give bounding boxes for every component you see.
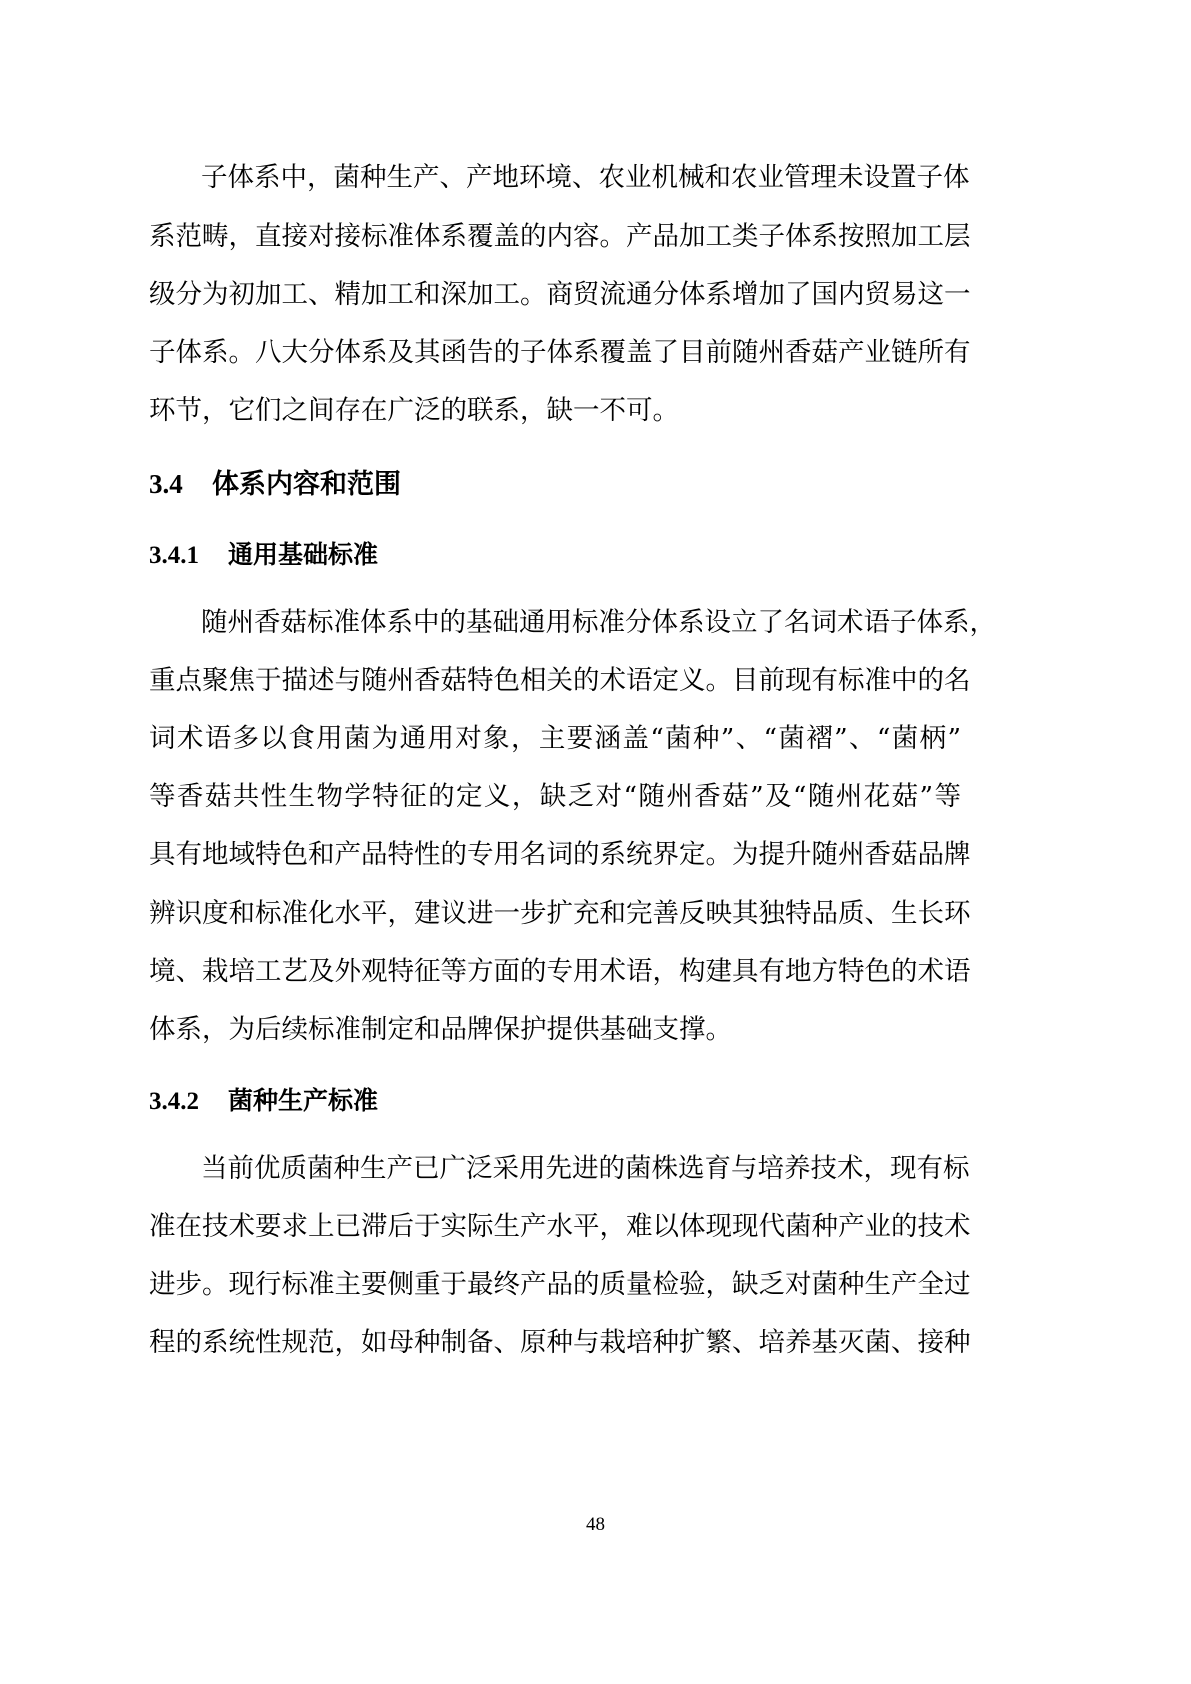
section-number: 3.4: [149, 467, 212, 501]
paragraph-2-line-2: 重点聚焦于描述与随州香菇特色相关的术语定义。目前现有标准中的名: [149, 664, 961, 698]
subsection-title: 菌种生产标准: [228, 1086, 378, 1115]
paragraph-2-line-6: 辨识度和标准化水平，建议进一步扩充和完善反映其独特品质、生长环: [149, 897, 961, 931]
paragraph-3-line-4: 程的系统性规范，如母种制备、原种与栽培种扩繁、培养基灭菌、接种: [149, 1326, 961, 1360]
paragraph-2-line-7: 境、栽培工艺及外观特征等方面的专用术语，构建具有地方特色的术语: [149, 955, 961, 989]
paragraph-1-line-4: 子体系。八大分体系及其函告的子体系覆盖了目前随州香菇产业链所有: [149, 336, 961, 370]
paragraph-1-line-2: 系范畴，直接对接标准体系覆盖的内容。产品加工类子体系按照加工层: [149, 220, 961, 254]
paragraph-2-line-5: 具有地域特色和产品特性的专用名词的系统界定。为提升随州香菇品牌: [149, 838, 961, 872]
paragraph-1-line-1: 子体系中，菌种生产、产地环境、农业机械和农业管理未设置子体: [201, 161, 961, 195]
paragraph-2-line-4: 等香菇共性生物学特征的定义，缺乏对“随州香菇”及“随州花菇”等: [149, 780, 961, 814]
section-heading-3-4: 3.4体系内容和范围: [149, 467, 401, 502]
document-page: 子体系中，菌种生产、产地环境、农业机械和农业管理未设置子体 系范畴，直接对接标准…: [0, 0, 1191, 1684]
subsection-heading-3-4-2: 3.4.2菌种生产标准: [149, 1085, 378, 1118]
paragraph-1-line-3: 级分为初加工、精加工和深加工。商贸流通分体系增加了国内贸易这一: [149, 278, 961, 312]
paragraph-3-line-2: 准在技术要求上已滞后于实际生产水平，难以体现现代菌种产业的技术: [149, 1210, 961, 1244]
subsection-title: 通用基础标准: [228, 540, 378, 569]
subsection-heading-3-4-1: 3.4.1通用基础标准: [149, 539, 378, 572]
paragraph-1-line-5: 环节，它们之间存在广泛的联系，缺一不可。: [149, 394, 961, 428]
section-title: 体系内容和范围: [212, 469, 401, 500]
paragraph-2-line-1: 随州香菇标准体系中的基础通用标准分体系设立了名词术语子体系，: [201, 606, 961, 640]
page-number: 48: [0, 1514, 1191, 1536]
subsection-number: 3.4.1: [149, 540, 228, 572]
paragraph-3-line-1: 当前优质菌种生产已广泛采用先进的菌株选育与培养技术，现有标: [201, 1152, 961, 1186]
subsection-number: 3.4.2: [149, 1086, 228, 1118]
paragraph-3-line-3: 进步。现行标准主要侧重于最终产品的质量检验，缺乏对菌种生产全过: [149, 1268, 961, 1302]
paragraph-2-line-8: 体系，为后续标准制定和品牌保护提供基础支撑。: [149, 1013, 961, 1047]
paragraph-2-line-3: 词术语多以食用菌为通用对象，主要涵盖“菌种”、“菌褶”、“菌柄”: [149, 722, 961, 756]
